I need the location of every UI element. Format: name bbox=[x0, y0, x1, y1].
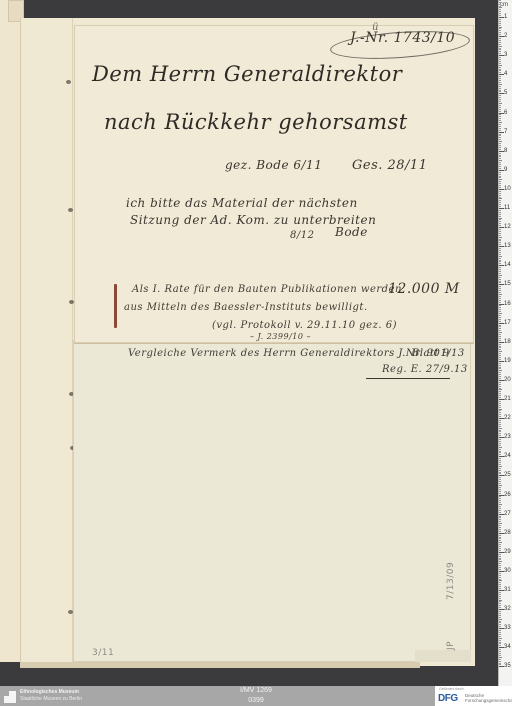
ruler-minor-tick bbox=[499, 240, 501, 241]
ruler-minor-tick bbox=[499, 540, 501, 541]
ruler-label: 1 bbox=[504, 14, 507, 20]
ruler-minor-tick bbox=[499, 601, 501, 602]
ruler-minor-tick bbox=[499, 370, 502, 371]
ruler-minor-tick bbox=[499, 567, 501, 568]
ruler-minor-tick bbox=[499, 449, 501, 450]
ruler-minor-tick bbox=[499, 25, 501, 26]
ruler-minor-tick bbox=[499, 344, 501, 345]
ruler-minor-tick bbox=[499, 470, 501, 471]
ruler-minor-tick bbox=[499, 426, 501, 427]
ruler-minor-tick bbox=[499, 661, 501, 662]
ruler-minor-tick bbox=[499, 139, 501, 140]
ruler-minor-tick bbox=[499, 554, 501, 555]
ruler-minor-tick bbox=[499, 210, 501, 211]
ruler-minor-tick bbox=[499, 464, 501, 465]
ruler-label: 33 bbox=[504, 625, 511, 631]
note-left: gez. Bode 6/11 bbox=[225, 158, 322, 172]
ruler-minor-tick bbox=[499, 82, 501, 83]
ruler-minor-tick bbox=[499, 105, 501, 106]
ruler-minor-tick bbox=[499, 187, 501, 188]
ruler-minor-tick bbox=[499, 542, 502, 543]
ruler-minor-tick bbox=[499, 353, 501, 354]
ruler-minor-tick bbox=[499, 162, 501, 163]
ruler-minor-tick bbox=[499, 86, 501, 87]
ruler-minor-tick bbox=[499, 229, 501, 230]
ruler-minor-tick bbox=[499, 634, 501, 635]
ruler-minor-tick bbox=[499, 233, 501, 234]
ruler-minor-tick bbox=[499, 466, 502, 467]
ruler-minor-tick bbox=[499, 424, 501, 425]
ruler-minor-tick bbox=[499, 527, 501, 528]
ruler-minor-tick bbox=[499, 622, 501, 623]
punch-hole-icon bbox=[68, 208, 73, 212]
ruler-minor-tick bbox=[499, 0, 501, 1]
ruler-minor-tick bbox=[499, 328, 501, 329]
ruler-label: 22 bbox=[504, 415, 511, 421]
ruler-label: 17 bbox=[504, 320, 511, 326]
ruler-minor-tick bbox=[499, 569, 501, 570]
ruler-minor-tick bbox=[499, 613, 501, 614]
ruler-label: 7 bbox=[504, 129, 507, 135]
ruler-minor-tick bbox=[499, 428, 502, 429]
ruler-minor-tick bbox=[499, 579, 501, 580]
ruler-minor-tick bbox=[499, 632, 501, 633]
ruler-minor-tick bbox=[499, 600, 502, 601]
ruler-minor-tick bbox=[499, 292, 501, 293]
ruler-minor-tick bbox=[499, 248, 501, 249]
ruler-minor-tick bbox=[499, 34, 501, 35]
ruler-minor-tick bbox=[499, 378, 501, 379]
ruler-minor-tick bbox=[499, 401, 501, 402]
ruler-minor-tick bbox=[499, 351, 502, 352]
ruler-minor-tick bbox=[499, 282, 501, 283]
ruler-label: 12 bbox=[504, 224, 511, 230]
ruler-minor-tick bbox=[499, 365, 501, 366]
ruler-minor-tick bbox=[499, 219, 501, 220]
ruler-label: 6 bbox=[504, 110, 507, 116]
ruler-minor-tick bbox=[499, 330, 501, 331]
ruler-minor-tick bbox=[499, 397, 501, 398]
ruler-minor-tick bbox=[499, 611, 501, 612]
pencil-note-bottom: 3/11 bbox=[92, 648, 114, 658]
ruler-minor-tick bbox=[499, 53, 501, 54]
ruler-label: 13 bbox=[504, 243, 511, 249]
ruler-minor-tick bbox=[499, 311, 501, 312]
ruler-minor-tick bbox=[499, 561, 502, 562]
ruler-minor-tick bbox=[499, 653, 501, 654]
ruler-minor-tick bbox=[499, 319, 501, 320]
ruler-label: 10 bbox=[504, 186, 511, 192]
ruler-minor-tick bbox=[499, 506, 501, 507]
ruler-label: 35 bbox=[504, 663, 511, 669]
ruler-minor-tick bbox=[499, 663, 501, 664]
note-right: Ges. 28/11 bbox=[352, 158, 427, 173]
ruler-minor-tick bbox=[499, 6, 501, 7]
ruler-minor-tick bbox=[499, 473, 501, 474]
ruler-label: 19 bbox=[504, 358, 511, 364]
ruler-minor-tick bbox=[499, 346, 501, 347]
ruler-label: 21 bbox=[504, 396, 511, 402]
decision-line-4: – J. 2399/10 – bbox=[250, 332, 311, 341]
ruler-minor-tick bbox=[499, 147, 501, 148]
ruler-minor-tick bbox=[499, 78, 501, 79]
ruler-minor-tick bbox=[499, 185, 501, 186]
ruler-minor-tick bbox=[499, 260, 501, 261]
decision-line-2: aus Mitteln des Baessler-Instituts bewil… bbox=[124, 302, 368, 313]
ruler-minor-tick bbox=[499, 302, 501, 303]
ruler-minor-tick bbox=[499, 101, 501, 102]
ruler-minor-tick bbox=[499, 605, 501, 606]
ruler-minor-tick bbox=[499, 30, 501, 31]
ruler-minor-tick bbox=[499, 244, 501, 245]
ruler-label: 24 bbox=[504, 453, 511, 459]
ruler-minor-tick bbox=[499, 32, 501, 33]
ruler-minor-tick bbox=[499, 277, 501, 278]
ruler-minor-tick bbox=[499, 111, 501, 112]
body-date: 8/12 bbox=[290, 230, 314, 241]
ruler-minor-tick bbox=[499, 347, 501, 348]
ruler-minor-tick bbox=[499, 313, 502, 314]
ruler-minor-tick bbox=[499, 141, 502, 142]
ruler-minor-tick bbox=[499, 204, 501, 205]
ruler-minor-tick bbox=[499, 298, 501, 299]
ruler-minor-tick bbox=[499, 118, 501, 119]
ruler-minor-tick bbox=[499, 145, 501, 146]
ruler-minor-tick bbox=[499, 279, 501, 280]
footer-bar: Ethnologisches Museum Staatliche Museen … bbox=[0, 686, 512, 706]
ruler-minor-tick bbox=[499, 334, 501, 335]
pencil-note-right-b: JP bbox=[446, 641, 456, 650]
ruler-minor-tick bbox=[499, 349, 501, 350]
ruler-minor-tick bbox=[499, 502, 501, 503]
ruler-minor-tick bbox=[499, 137, 501, 138]
ruler-minor-tick bbox=[499, 617, 501, 618]
ruler-label: 11 bbox=[504, 205, 510, 211]
ruler-minor-tick bbox=[499, 410, 501, 411]
ruler-minor-tick bbox=[499, 538, 501, 539]
ruler-minor-tick bbox=[499, 90, 501, 91]
ruler-minor-tick bbox=[499, 155, 501, 156]
lower-sheet-ref: Blatt 9 bbox=[412, 348, 450, 359]
ruler-minor-tick bbox=[499, 372, 501, 373]
ruler-minor-tick bbox=[499, 294, 502, 295]
ruler-minor-tick bbox=[499, 517, 501, 518]
ruler-minor-tick bbox=[499, 588, 501, 589]
ruler-minor-tick bbox=[499, 267, 501, 268]
ruler-minor-tick bbox=[499, 97, 501, 98]
ruler-minor-tick bbox=[499, 28, 501, 29]
ruler-minor-tick bbox=[499, 521, 501, 522]
ruler-minor-tick bbox=[499, 582, 501, 583]
ruler-minor-tick bbox=[499, 626, 501, 627]
ruler-minor-tick bbox=[499, 643, 501, 644]
ruler-minor-tick bbox=[499, 496, 501, 497]
ruler-minor-tick bbox=[499, 642, 501, 643]
ruler-minor-tick bbox=[499, 598, 501, 599]
ruler-minor-tick bbox=[499, 525, 501, 526]
ruler-minor-tick bbox=[499, 336, 501, 337]
ruler-minor-tick bbox=[499, 143, 501, 144]
ruler-minor-tick bbox=[499, 630, 501, 631]
ruler-minor-tick bbox=[499, 615, 501, 616]
ruler-minor-tick bbox=[499, 271, 501, 272]
ruler-minor-tick bbox=[499, 367, 501, 368]
ruler-minor-tick bbox=[499, 388, 501, 389]
ruler-minor-tick bbox=[499, 275, 502, 276]
decision-line-1: Als I. Rate für den Bauten Publikationen… bbox=[132, 284, 402, 295]
cm-ruler: cm 1234567891011121314151617181920212223… bbox=[498, 0, 512, 686]
ruler-minor-tick bbox=[499, 592, 501, 593]
ruler-minor-tick bbox=[499, 21, 501, 22]
ruler-minor-tick bbox=[499, 158, 501, 159]
ruler-minor-tick bbox=[499, 321, 501, 322]
ruler-minor-tick bbox=[499, 445, 501, 446]
ruler-minor-tick bbox=[499, 489, 501, 490]
ruler-minor-tick bbox=[499, 128, 501, 129]
ruler-minor-tick bbox=[499, 422, 501, 423]
ruler-minor-tick bbox=[499, 63, 501, 64]
ruler-minor-tick bbox=[499, 596, 501, 597]
ruler-minor-tick bbox=[499, 376, 501, 377]
ruler-minor-tick bbox=[499, 40, 501, 41]
ruler-minor-tick bbox=[499, 338, 501, 339]
ruler-minor-tick bbox=[499, 84, 502, 85]
ruler-minor-tick bbox=[499, 516, 501, 517]
ruler-minor-tick bbox=[499, 594, 501, 595]
ruler-minor-tick bbox=[499, 65, 502, 66]
ruler-minor-tick bbox=[499, 91, 501, 92]
ruler-minor-tick bbox=[499, 88, 501, 89]
ruler-minor-tick bbox=[499, 546, 501, 547]
ruler-minor-tick bbox=[499, 382, 501, 383]
ruler-label: 3 bbox=[504, 52, 507, 58]
ruler-minor-tick bbox=[499, 368, 501, 369]
ruler-minor-tick bbox=[499, 407, 501, 408]
ruler-minor-tick bbox=[499, 357, 501, 358]
ruler-minor-tick bbox=[499, 460, 501, 461]
dfg-logo-icon: DFG bbox=[438, 693, 458, 704]
ruler-minor-tick bbox=[499, 556, 501, 557]
ruler-minor-tick bbox=[499, 273, 501, 274]
ruler-minor-tick bbox=[499, 565, 501, 566]
ruler-minor-tick bbox=[499, 166, 501, 167]
ruler-minor-tick bbox=[499, 116, 501, 117]
ruler-minor-tick bbox=[499, 575, 501, 576]
ruler-minor-tick bbox=[499, 563, 501, 564]
ruler-minor-tick bbox=[499, 122, 502, 123]
ruler-minor-tick bbox=[499, 315, 501, 316]
ruler-minor-tick bbox=[499, 149, 501, 150]
ruler-minor-tick bbox=[499, 651, 501, 652]
ruler-minor-tick bbox=[499, 235, 501, 236]
ruler-minor-tick bbox=[499, 447, 502, 448]
ruler-minor-tick bbox=[499, 134, 501, 135]
ruler-label: 16 bbox=[504, 301, 511, 307]
heading-line-1: Dem Herrn Generaldirektor bbox=[92, 62, 402, 86]
ruler-minor-tick bbox=[499, 281, 501, 282]
ruler-label: 29 bbox=[504, 549, 511, 555]
pencil-note-right-a: 7/13/09 bbox=[446, 562, 456, 600]
ruler-minor-tick bbox=[499, 15, 501, 16]
red-margin-mark bbox=[114, 284, 117, 328]
decision-amount: 12.000 M bbox=[388, 281, 460, 297]
ruler-minor-tick bbox=[499, 458, 501, 459]
ruler-minor-tick bbox=[499, 51, 501, 52]
ruler-minor-tick bbox=[499, 44, 501, 45]
ruler-minor-tick bbox=[499, 242, 501, 243]
ruler-minor-tick bbox=[499, 483, 501, 484]
ruler-minor-tick bbox=[499, 573, 501, 574]
ruler-minor-tick bbox=[499, 409, 502, 410]
ruler-minor-tick bbox=[499, 72, 501, 73]
file-number: J.-Nr. 1743/10 bbox=[350, 30, 455, 46]
ruler-minor-tick bbox=[499, 386, 501, 387]
ruler-minor-tick bbox=[499, 221, 501, 222]
ruler-minor-tick bbox=[499, 7, 502, 8]
ruler-minor-tick bbox=[499, 206, 501, 207]
ruler-minor-tick bbox=[499, 636, 501, 637]
ruler-minor-tick bbox=[499, 59, 501, 60]
ruler-minor-tick bbox=[499, 254, 501, 255]
ruler-minor-tick bbox=[499, 412, 501, 413]
ruler-minor-tick bbox=[499, 355, 501, 356]
ruler-minor-tick bbox=[499, 443, 501, 444]
ruler-minor-tick bbox=[499, 325, 501, 326]
ruler-minor-tick bbox=[499, 309, 501, 310]
ruler-minor-tick bbox=[499, 624, 501, 625]
ruler-label: 26 bbox=[504, 492, 511, 498]
ruler-minor-tick bbox=[499, 477, 501, 478]
ruler-minor-tick bbox=[499, 183, 501, 184]
ruler-minor-tick bbox=[499, 664, 501, 665]
ruler-minor-tick bbox=[499, 577, 501, 578]
ruler-minor-tick bbox=[499, 451, 501, 452]
ruler-minor-tick bbox=[499, 2, 501, 3]
ruler-minor-tick bbox=[499, 439, 501, 440]
file-number-superscript: ü bbox=[372, 22, 379, 33]
ruler-minor-tick bbox=[499, 99, 501, 100]
ruler-minor-tick bbox=[499, 431, 501, 432]
ruler-minor-tick bbox=[499, 512, 501, 513]
ruler-minor-tick bbox=[499, 491, 501, 492]
ruler-label: 20 bbox=[504, 377, 511, 383]
ruler-minor-tick bbox=[499, 76, 501, 77]
lower-sheet bbox=[73, 340, 471, 662]
ruler-minor-tick bbox=[499, 433, 501, 434]
ruler-label: 15 bbox=[504, 281, 511, 287]
ruler-minor-tick bbox=[499, 500, 501, 501]
ruler-minor-tick bbox=[499, 529, 501, 530]
ruler-minor-tick bbox=[499, 519, 501, 520]
ruler-minor-tick bbox=[499, 531, 501, 532]
ruler-minor-tick bbox=[499, 487, 501, 488]
ruler-label: 8 bbox=[504, 148, 507, 154]
ruler-minor-tick bbox=[499, 290, 501, 291]
ruler-label: 30 bbox=[504, 568, 511, 574]
ruler-minor-tick bbox=[499, 13, 501, 14]
ruler-minor-tick bbox=[499, 176, 501, 177]
ruler-label: 27 bbox=[504, 511, 511, 517]
ruler-minor-tick bbox=[499, 508, 501, 509]
ruler-minor-tick bbox=[499, 288, 501, 289]
ruler-minor-tick bbox=[499, 70, 501, 71]
ruler-minor-tick bbox=[499, 619, 502, 620]
ruler-label: 5 bbox=[504, 90, 507, 96]
ruler-minor-tick bbox=[499, 535, 501, 536]
ruler-minor-tick bbox=[499, 212, 501, 213]
ruler-minor-tick bbox=[499, 177, 501, 178]
ruler-minor-tick bbox=[499, 481, 501, 482]
ruler-minor-tick bbox=[499, 420, 501, 421]
ruler-minor-tick bbox=[499, 621, 501, 622]
ruler-minor-tick bbox=[499, 57, 501, 58]
ruler-minor-tick bbox=[499, 250, 501, 251]
ruler-minor-tick bbox=[499, 435, 501, 436]
ruler-minor-tick bbox=[499, 498, 501, 499]
ruler-minor-tick bbox=[499, 391, 501, 392]
ruler-minor-tick bbox=[499, 393, 501, 394]
ruler-minor-tick bbox=[499, 559, 501, 560]
ruler-minor-tick bbox=[499, 296, 501, 297]
sponsor-name-line-2: Forschungsgemeinschaft bbox=[465, 698, 512, 703]
ruler-minor-tick bbox=[499, 504, 502, 505]
ruler-minor-tick bbox=[499, 363, 501, 364]
sponsor-label: Gefördert durch bbox=[439, 687, 464, 691]
ruler-minor-tick bbox=[499, 200, 501, 201]
ruler-label: 23 bbox=[504, 434, 511, 440]
ruler-label: 4 bbox=[504, 71, 507, 77]
ruler-minor-tick bbox=[499, 67, 501, 68]
ruler-minor-tick bbox=[499, 645, 501, 646]
back-sheet bbox=[0, 0, 22, 662]
ruler-minor-tick bbox=[499, 261, 501, 262]
ruler-minor-tick bbox=[499, 95, 501, 96]
body-line-1: ich bitte das Material der nächsten bbox=[126, 196, 358, 210]
ruler-minor-tick bbox=[499, 332, 502, 333]
ruler-label: 32 bbox=[504, 606, 511, 612]
ruler-minor-tick bbox=[499, 479, 501, 480]
ruler-minor-tick bbox=[499, 384, 501, 385]
ruler-minor-tick bbox=[499, 452, 501, 453]
ruler-minor-tick bbox=[499, 252, 501, 253]
heading-line-2: nach Rückkehr gehorsamst bbox=[104, 110, 408, 134]
body-signature: Bode bbox=[335, 225, 368, 239]
ruler-minor-tick bbox=[499, 153, 501, 154]
ruler-minor-tick bbox=[499, 395, 501, 396]
ruler-minor-tick bbox=[499, 225, 501, 226]
ruler-minor-tick bbox=[499, 124, 501, 125]
ruler-minor-tick bbox=[499, 493, 501, 494]
decision-line-3: (vgl. Protokoll v. 29.11.10 gez. 6) bbox=[212, 320, 397, 331]
ruler-label: 34 bbox=[504, 644, 511, 650]
ruler-minor-tick bbox=[499, 430, 501, 431]
ruler-minor-tick bbox=[499, 374, 501, 375]
ruler-label: 14 bbox=[504, 262, 511, 268]
ruler-minor-tick bbox=[499, 638, 502, 639]
ruler-minor-tick bbox=[499, 49, 501, 50]
ruler-label: 31 bbox=[504, 587, 511, 593]
ruler-minor-tick bbox=[499, 214, 501, 215]
ruler-label: 18 bbox=[504, 339, 511, 345]
ruler-minor-tick bbox=[499, 544, 501, 545]
ruler-minor-tick bbox=[499, 416, 501, 417]
ruler-minor-tick bbox=[499, 198, 502, 199]
ruler-minor-tick bbox=[499, 659, 501, 660]
ruler-minor-tick bbox=[499, 584, 501, 585]
ruler-minor-tick bbox=[499, 19, 501, 20]
ruler-minor-tick bbox=[499, 156, 501, 157]
ruler-minor-tick bbox=[499, 174, 501, 175]
